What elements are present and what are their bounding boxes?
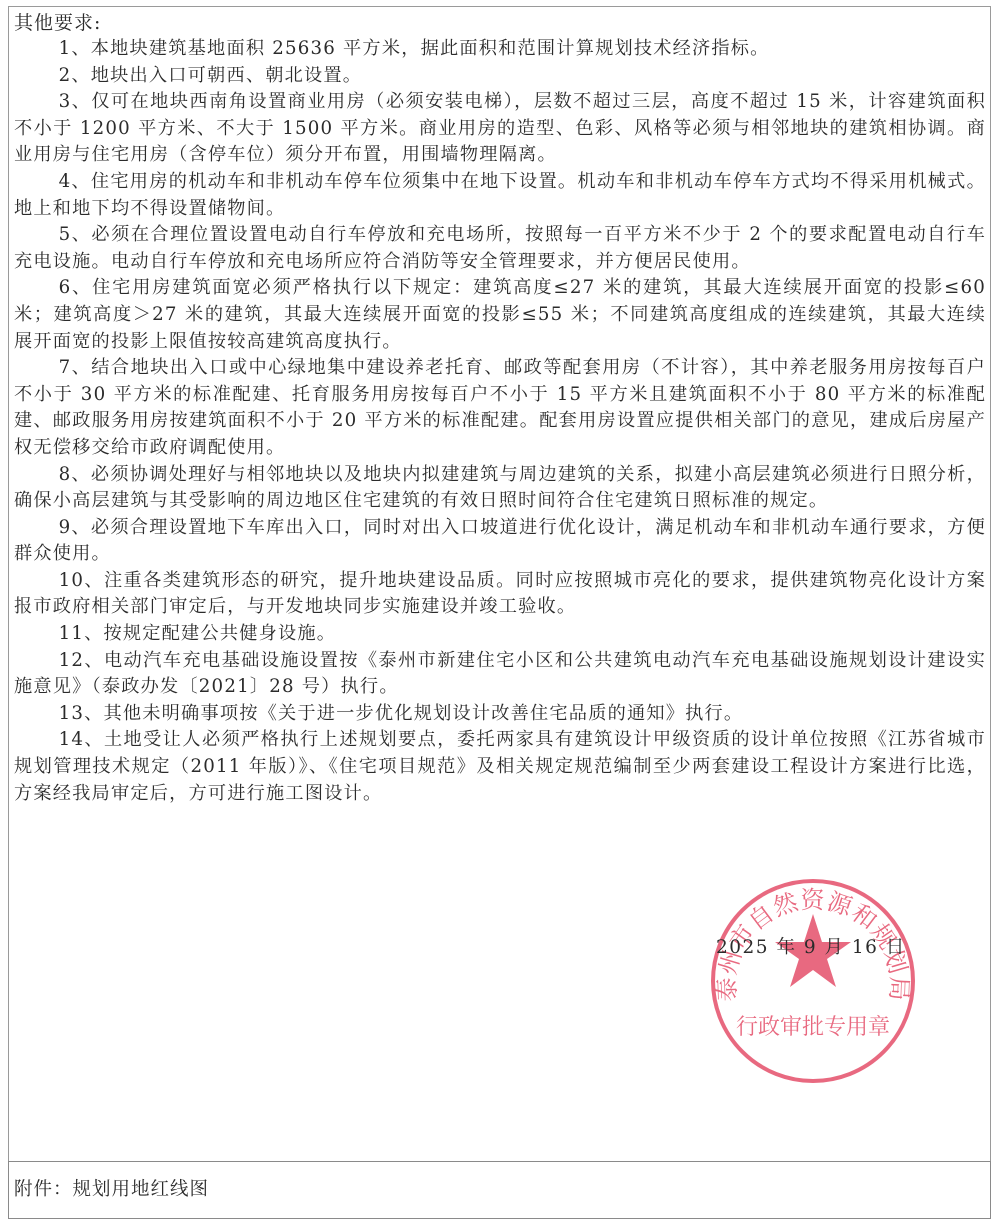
requirement-item-6: 6、住宅用房建筑面宽必须严格执行以下规定：建筑高度≤27 米的建筑，其最大连续展…: [14, 275, 986, 355]
requirement-item-9: 9、必须合理设置地下车库出入口，同时对出入口坡道进行优化设计，满足机动车和非机动…: [14, 515, 986, 568]
requirement-item-10: 10、注重各类建筑形态的研究，提升地块建设品质。同时应按照城市亮化的要求，提供建…: [14, 568, 986, 621]
seal-bottom-text: 行政审批专用章: [736, 1015, 890, 1040]
official-seal-icon: 泰州市自然资源和规划局 行政审批专用章: [708, 876, 918, 1086]
requirement-item-8: 8、必须协调处理好与相邻地块以及地块内拟建建筑与周边建筑的关系，拟建小高层建筑必…: [14, 462, 986, 515]
section-heading: 其他要求:: [14, 10, 101, 36]
requirement-item-7: 7、结合地块出入口或中心绿地集中建设养老托育、邮政等配套用房（不计容），其中养老…: [14, 355, 986, 461]
attachment-label: 附件：规划用地红线图: [14, 1175, 209, 1201]
requirement-item-13: 13、其他未明确事项按《关于进一步优化规划设计改善住宅品质的通知》执行。: [14, 701, 986, 728]
requirement-item-2: 2、地块出入口可朝西、朝北设置。: [14, 63, 986, 90]
requirement-item-4: 4、住宅用房的机动车和非机动车停车位须集中在地下设置。机动车和非机动车停车方式均…: [14, 169, 986, 222]
requirement-item-14: 14、土地受让人必须严格执行上述规划要点，委托两家具有建筑设计甲级资质的设计单位…: [14, 727, 986, 807]
requirement-item-11: 11、按规定配建公共健身设施。: [14, 621, 986, 648]
issue-date: 2025 年 9 月 16 日: [716, 933, 906, 959]
requirement-item-3: 3、仅可在地块西南角设置商业用房（必须安装电梯），层数不超过三层，高度不超过 1…: [14, 89, 986, 169]
requirement-item-5: 5、必须在合理位置设置电动自行车停放和充电场所，按照每一百平方米不少于 2 个的…: [14, 222, 986, 275]
requirement-item-12: 12、电动汽车充电基础设施设置按《泰州市新建住宅小区和公共建筑电动汽车充电基础设…: [14, 648, 986, 701]
requirements-list: 1、本地块建筑基地面积 25636 平方米，据此面积和范围计算规划技术经济指标。…: [14, 36, 986, 807]
requirement-item-1: 1、本地块建筑基地面积 25636 平方米，据此面积和范围计算规划技术经济指标。: [14, 36, 986, 63]
